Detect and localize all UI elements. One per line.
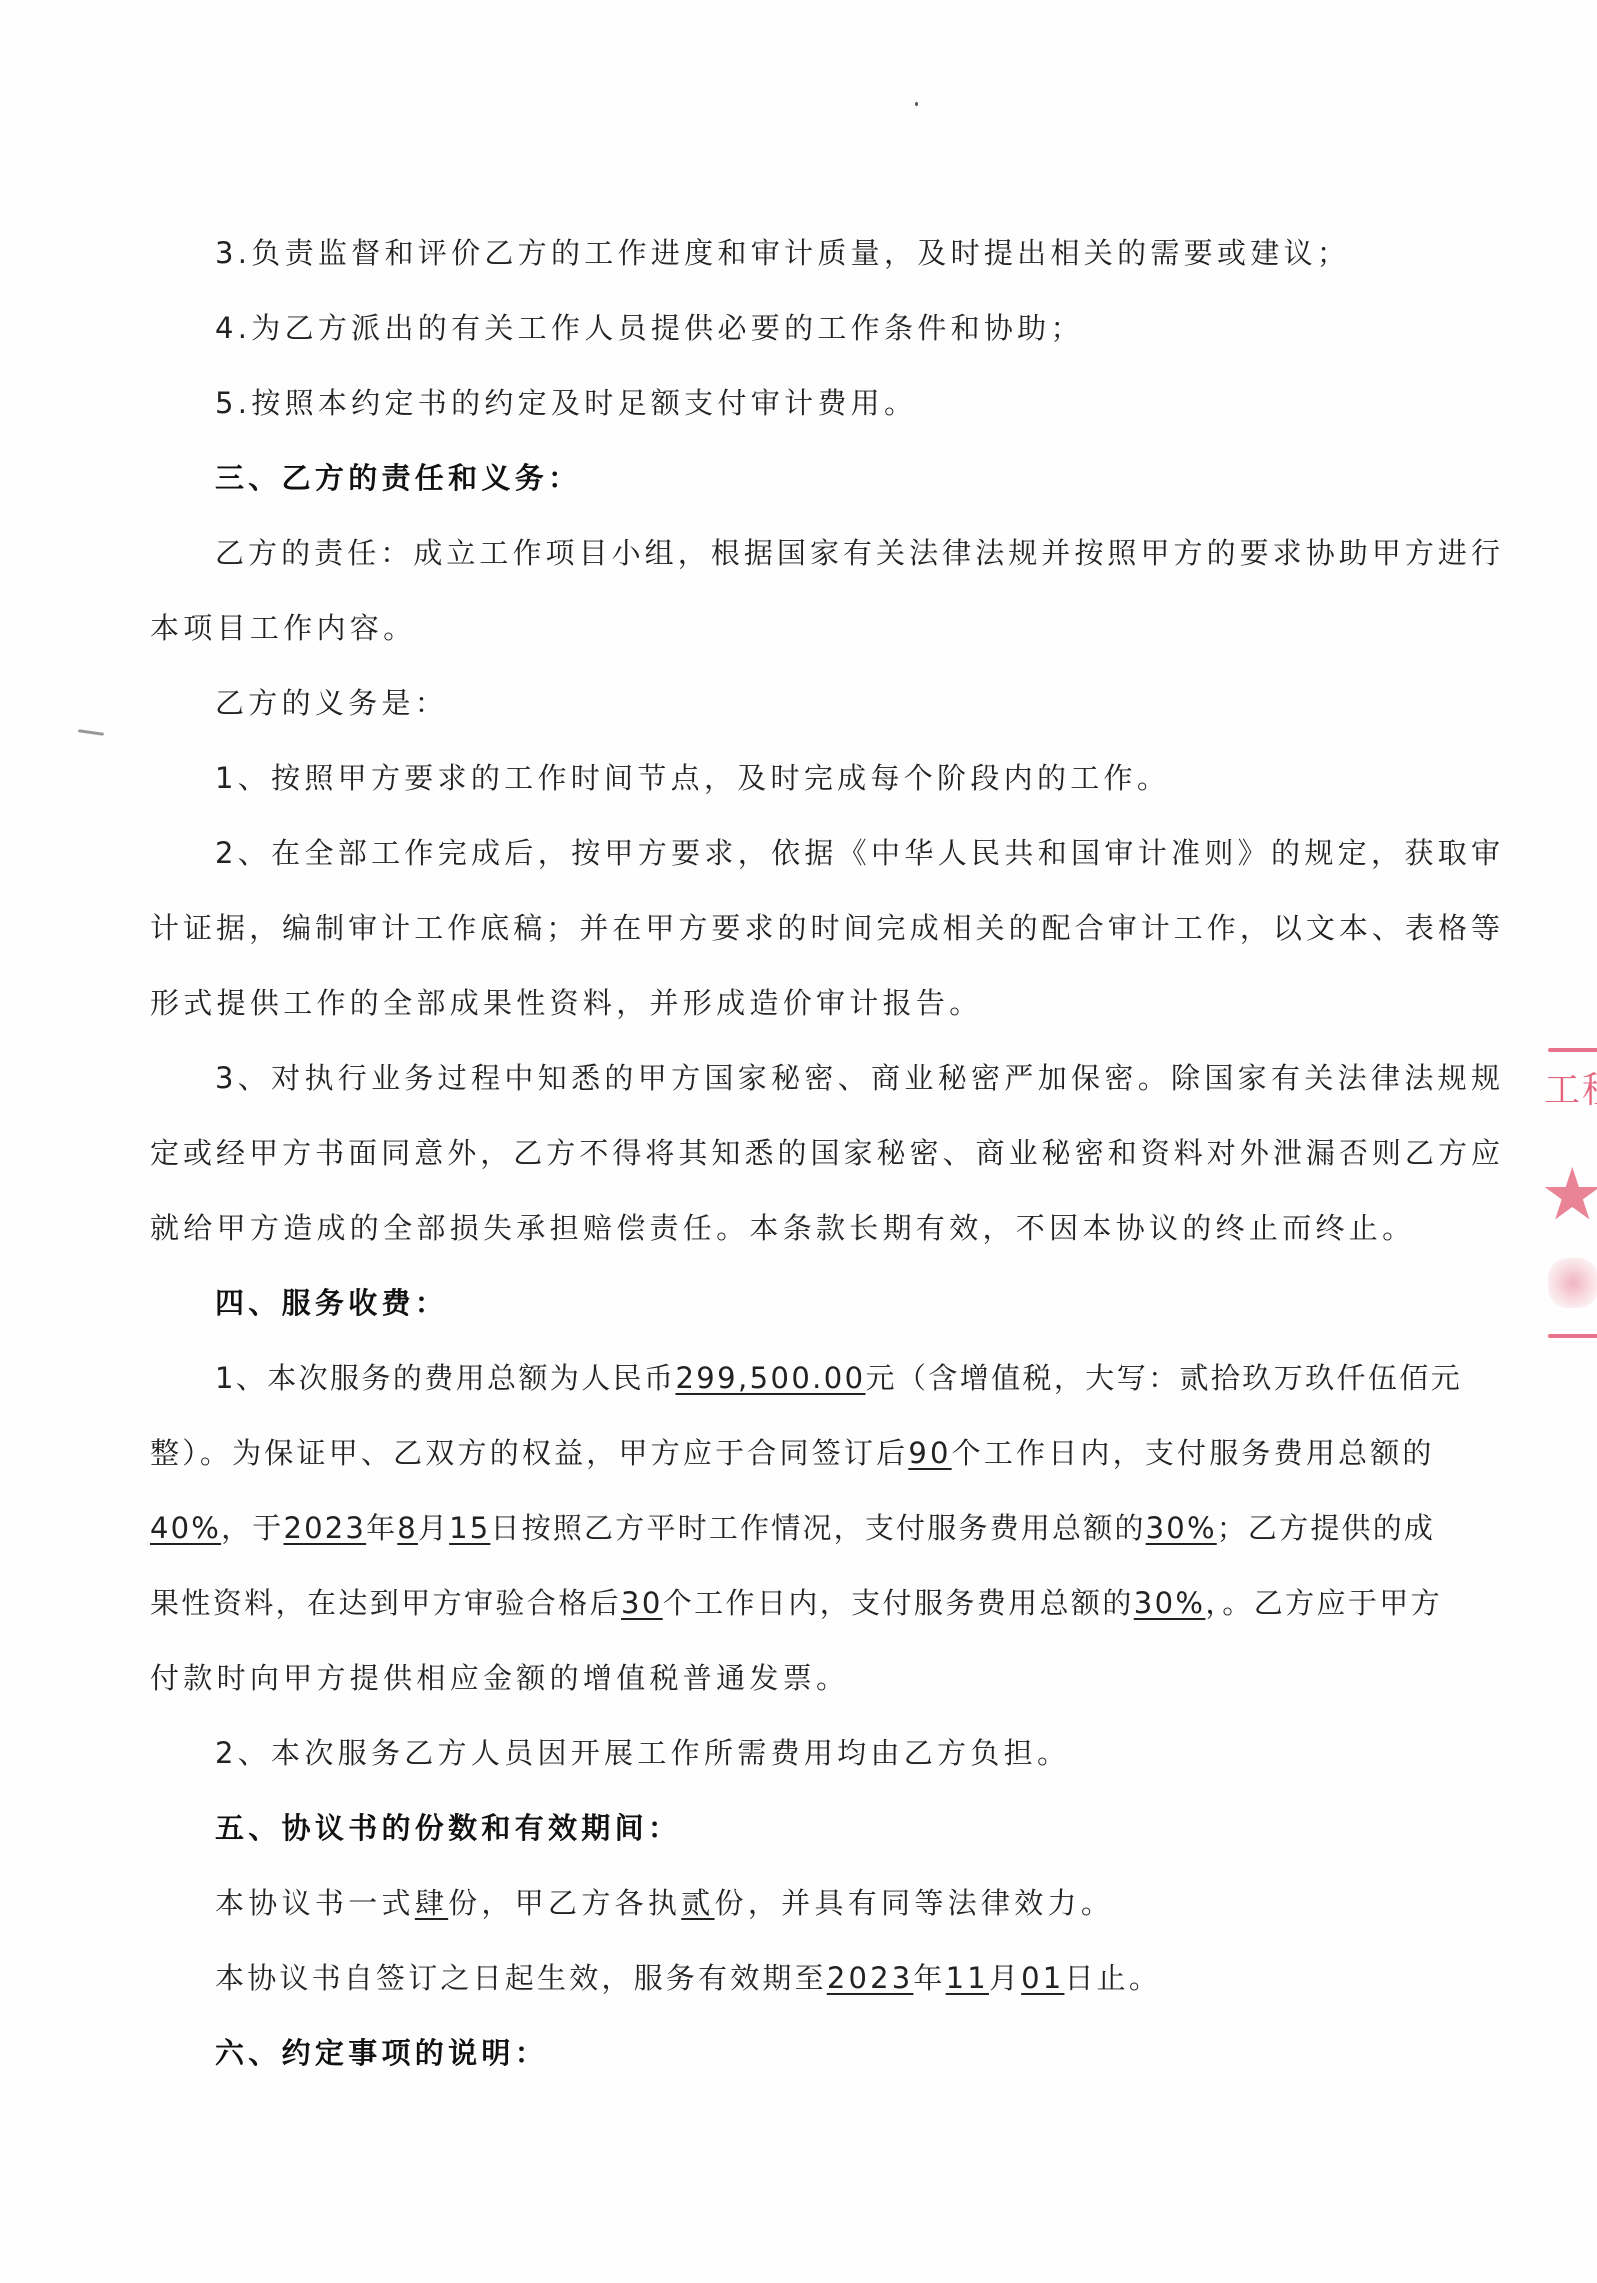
company-seal: 工程 ★ bbox=[1540, 1048, 1597, 1344]
final-payment-days: 30 bbox=[621, 1586, 663, 1620]
fee-paragraph-line-3: 40%，于2023年8月15日按照乙方平时工作情况，支付服务费用总额的30%；乙… bbox=[150, 1508, 1500, 1548]
party-a-item-4: 4.为乙方派出的有关工作人员提供必要的工作条件和协助； bbox=[215, 308, 1500, 348]
validity-text: 日止。 bbox=[1064, 1961, 1161, 1995]
second-payment-day: 15 bbox=[449, 1511, 490, 1545]
fee-paragraph-line-4: 果性资料，在达到甲方审验合格后30个工作日内，支付服务费用总额的30%，。乙方应… bbox=[150, 1583, 1500, 1623]
end-year: 2023 bbox=[827, 1961, 914, 1995]
second-payment-month: 8 bbox=[397, 1511, 418, 1545]
fee-paragraph-line-5: 付款时向甲方提供相应金额的增值税普通发票。 bbox=[150, 1658, 1500, 1698]
party-a-item-5: 5.按照本约定书的约定及时足额支付审计费用。 bbox=[215, 383, 1500, 423]
party-b-obligation-3-line-1: 3、对执行业务过程中知悉的甲方国家秘密、商业秘密严加保密。除国家有关法律法规规 bbox=[215, 1058, 1500, 1098]
copies-total: 肆 bbox=[415, 1886, 448, 1920]
seal-faded-mark bbox=[1548, 1258, 1597, 1308]
first-payment-percent: 40% bbox=[150, 1511, 221, 1545]
party-b-responsibility-line-2: 本项目工作内容。 bbox=[150, 608, 1500, 648]
seal-border-bottom bbox=[1548, 1334, 1597, 1338]
copies-text: 份，并具有同等法律效力。 bbox=[715, 1886, 1115, 1920]
final-payment-percent: 30% bbox=[1134, 1586, 1206, 1620]
second-payment-percent: 30% bbox=[1146, 1511, 1217, 1545]
section-3-heading: 三、乙方的责任和义务： bbox=[215, 458, 1500, 498]
fee-item-2: 2、本次服务乙方人员因开展工作所需费用均由乙方负担。 bbox=[215, 1733, 1500, 1773]
seal-border-top bbox=[1548, 1048, 1597, 1052]
fee-text: 月 bbox=[418, 1511, 449, 1545]
fee-text: ，于 bbox=[221, 1511, 283, 1545]
scan-speck bbox=[915, 102, 918, 106]
party-b-obligations-intro: 乙方的义务是： bbox=[215, 683, 1500, 723]
fee-text: ；乙方提供的成 bbox=[1217, 1511, 1435, 1545]
section-6-heading: 六、约定事项的说明： bbox=[215, 2033, 1500, 2073]
party-b-obligation-3-line-2: 定或经甲方书面同意外，乙方不得将其知悉的国家秘密、商业秘密和资料对外泄漏否则乙方… bbox=[150, 1133, 1500, 1173]
fee-text: 年 bbox=[366, 1511, 397, 1545]
document-page: 3.负责监督和评价乙方的工作进度和审计质量，及时提出相关的需要或建议； 4.为乙… bbox=[0, 0, 1597, 2283]
total-amount: 299,500.00 bbox=[675, 1361, 865, 1395]
seal-star-icon: ★ bbox=[1540, 1158, 1597, 1230]
party-b-obligation-2-line-3: 形式提供工作的全部成果性资料，并形成造价审计报告。 bbox=[150, 983, 1500, 1023]
section-4-heading: 四、服务收费： bbox=[215, 1283, 1500, 1323]
fee-text: 个工作日内，支付服务费用总额的 bbox=[952, 1436, 1435, 1470]
fee-text: 元（含增值税，大写：贰拾玖万玖仟伍佰元 bbox=[866, 1361, 1463, 1395]
seal-text: 工程 bbox=[1544, 1062, 1597, 1113]
validity-text: 本协议书自签订之日起生效，服务有效期至 bbox=[215, 1961, 827, 1995]
fee-text: 果性资料，在达到甲方审验合格后 bbox=[150, 1586, 621, 1620]
validity-clause: 本协议书自签订之日起生效，服务有效期至2023年11月01日止。 bbox=[215, 1958, 1500, 1998]
validity-text: 月 bbox=[989, 1961, 1021, 1995]
party-b-responsibility-line-1: 乙方的责任：成立工作项目小组，根据国家有关法律法规并按照甲方的要求协助甲方进行 bbox=[215, 533, 1500, 573]
fee-text: 1、本次服务的费用总额为人民币 bbox=[215, 1361, 675, 1395]
party-b-obligation-1: 1、按照甲方要求的工作时间节点，及时完成每个阶段内的工作。 bbox=[215, 758, 1500, 798]
party-b-obligation-2-line-1: 2、在全部工作完成后，按甲方要求，依据《中华人民共和国审计准则》的规定，获取审 bbox=[215, 833, 1500, 873]
fee-text: ，。乙方应于甲方 bbox=[1205, 1586, 1442, 1620]
second-payment-year: 2023 bbox=[283, 1511, 366, 1545]
fee-paragraph-line-2: 整）。为保证甲、乙双方的权益，甲方应于合同签订后90个工作日内，支付服务费用总额… bbox=[150, 1433, 1500, 1473]
fee-text: 个工作日内，支付服务费用总额的 bbox=[663, 1586, 1134, 1620]
party-a-item-3: 3.负责监督和评价乙方的工作进度和审计质量，及时提出相关的需要或建议； bbox=[215, 233, 1500, 273]
validity-text: 年 bbox=[913, 1961, 945, 1995]
end-month: 11 bbox=[946, 1961, 989, 1995]
copies-text: 份，甲乙方各执 bbox=[448, 1886, 681, 1920]
scan-mark bbox=[78, 729, 104, 736]
fee-text: 整）。为保证甲、乙双方的权益，甲方应于合同签订后 bbox=[150, 1436, 908, 1470]
end-day: 01 bbox=[1021, 1961, 1064, 1995]
fee-paragraph-line-1: 1、本次服务的费用总额为人民币299,500.00元（含增值税，大写：贰拾玖万玖… bbox=[215, 1358, 1500, 1398]
party-b-obligation-2-line-2: 计证据，编制审计工作底稿；并在甲方要求的时间完成相关的配合审计工作，以文本、表格… bbox=[150, 908, 1500, 948]
copies-text: 本协议书一式 bbox=[215, 1886, 415, 1920]
fee-text: 日按照乙方平时工作情况，支付服务费用总额的 bbox=[490, 1511, 1145, 1545]
copies-each: 贰 bbox=[681, 1886, 714, 1920]
copies-clause: 本协议书一式肆份，甲乙方各执贰份，并具有同等法律效力。 bbox=[215, 1883, 1500, 1923]
first-payment-days: 90 bbox=[908, 1436, 951, 1470]
section-5-heading: 五、协议书的份数和有效期间： bbox=[215, 1808, 1500, 1848]
party-b-obligation-3-line-3: 就给甲方造成的全部损失承担赔偿责任。本条款长期有效，不因本协议的终止而终止。 bbox=[150, 1208, 1500, 1248]
